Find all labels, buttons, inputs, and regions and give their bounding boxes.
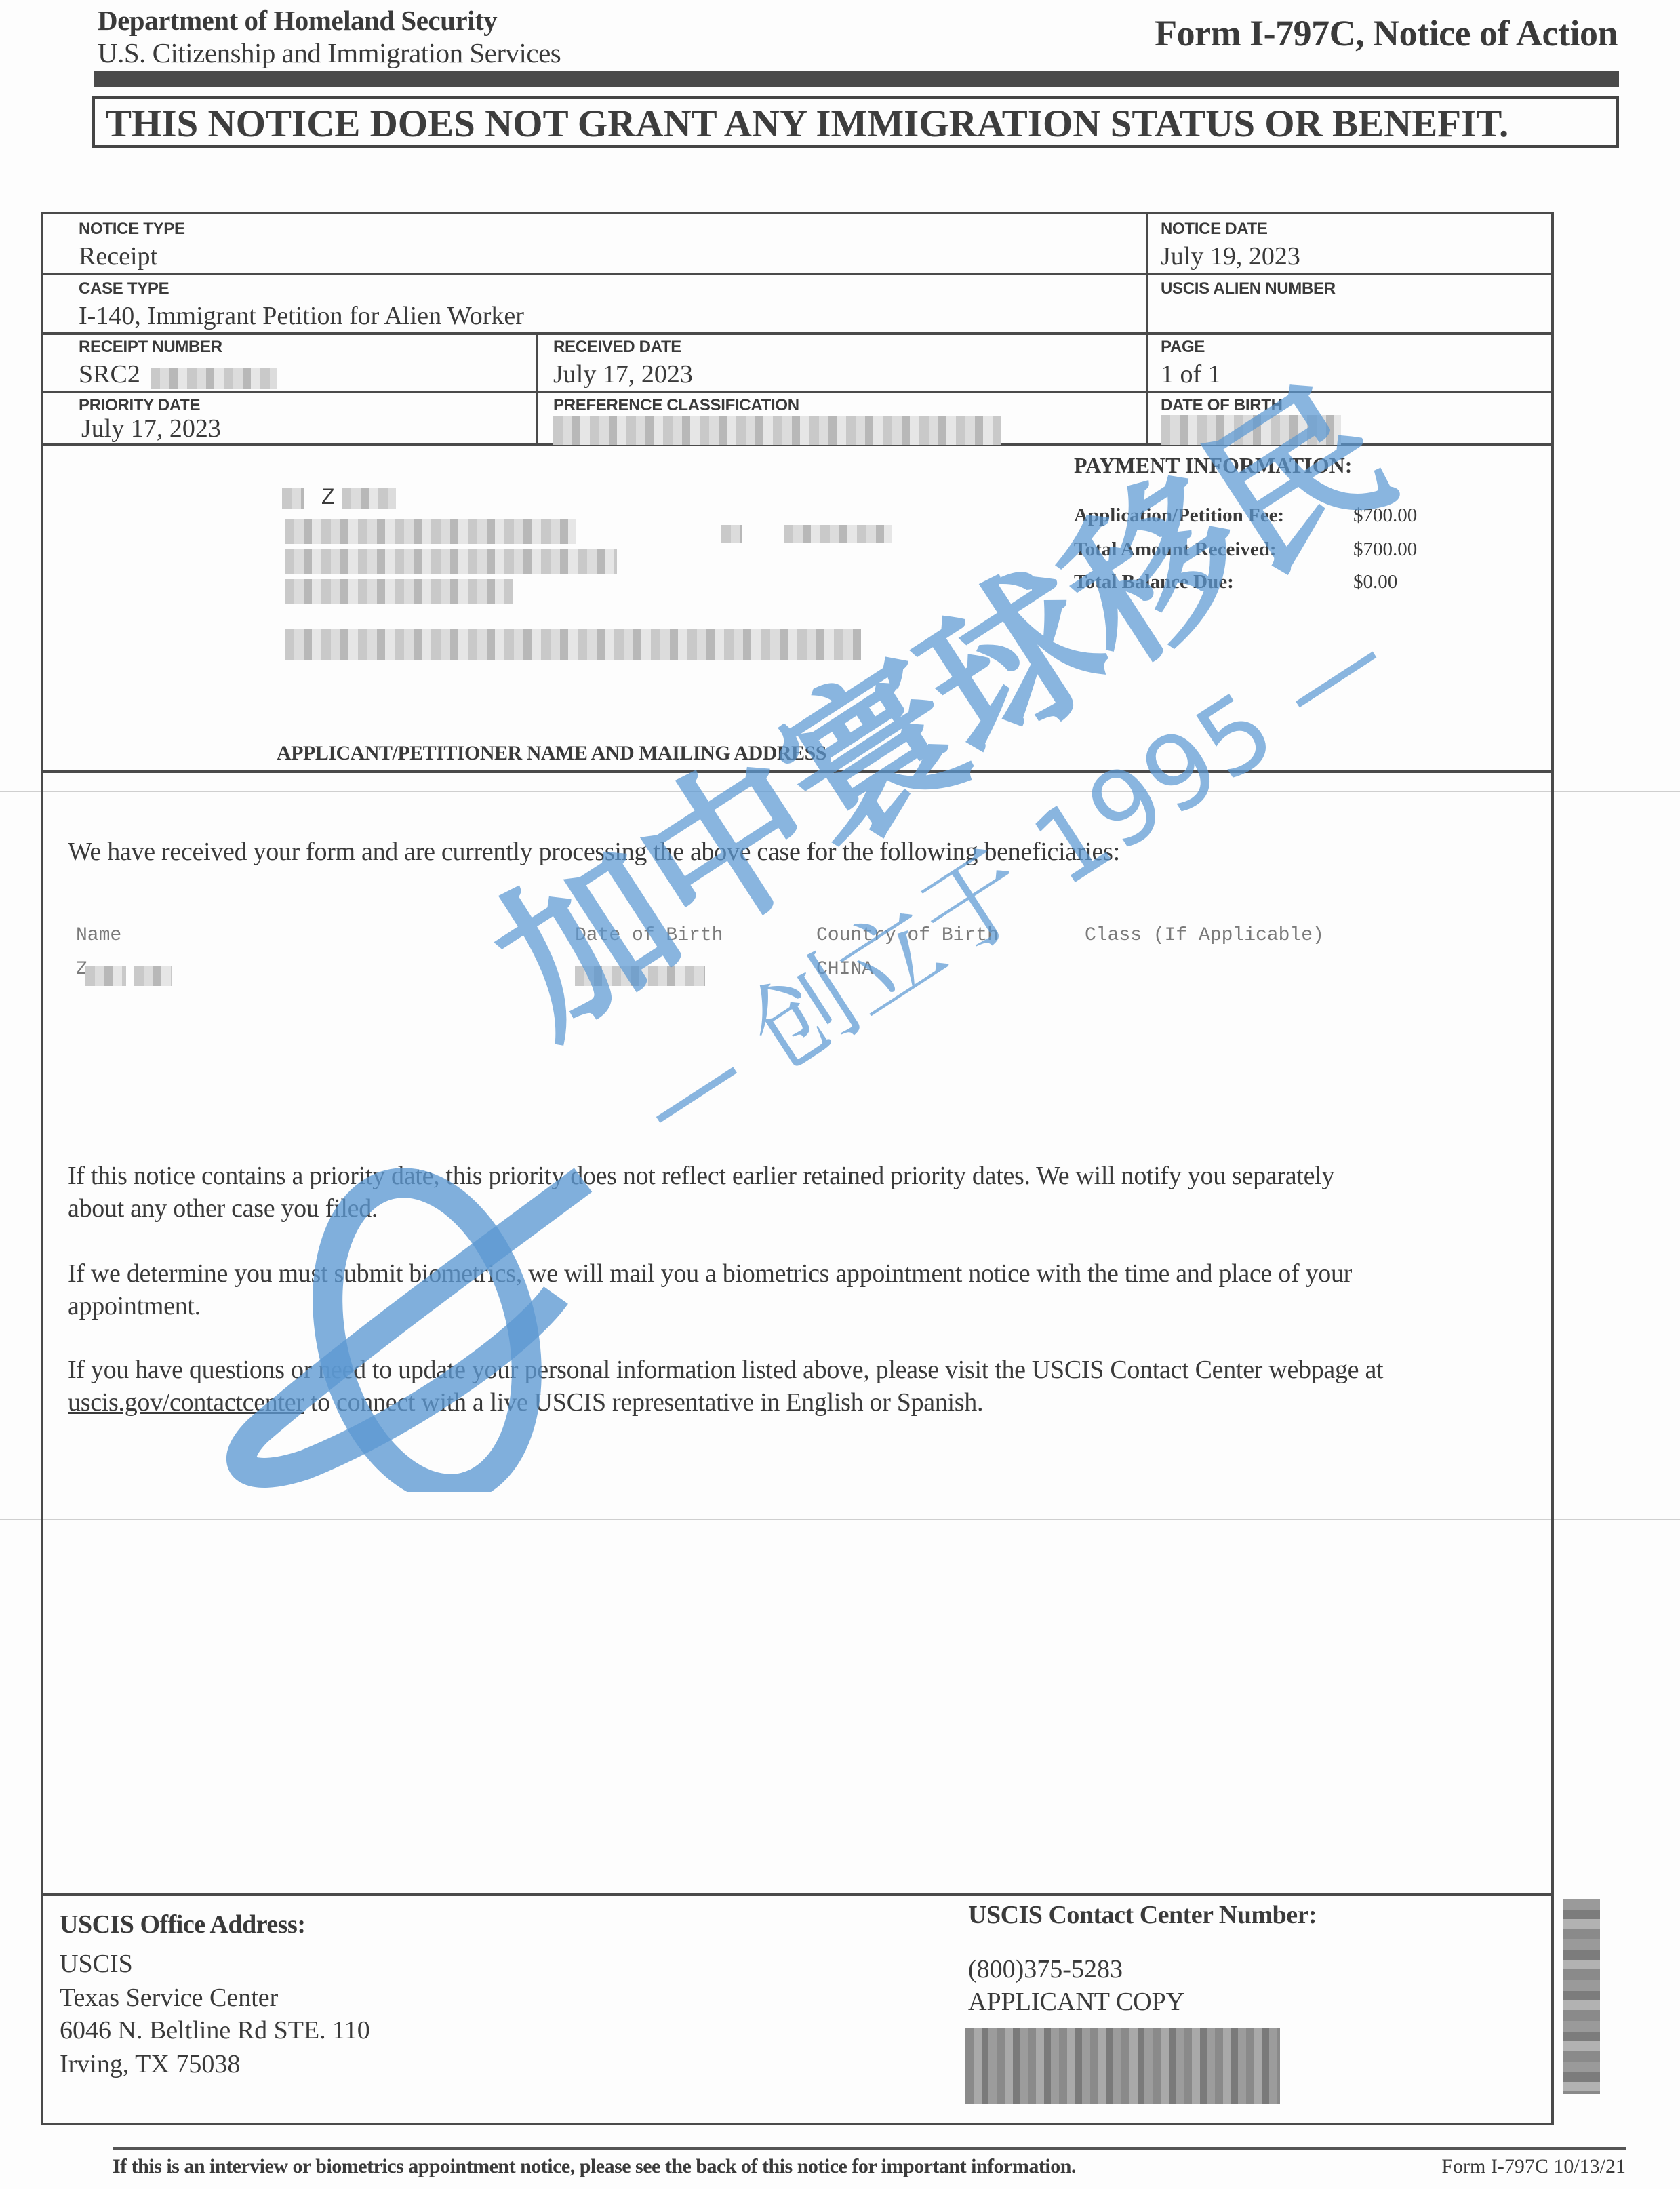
preference-classification-label: PREFERENCE CLASSIFICATION [553, 396, 799, 415]
header-rule [94, 71, 1619, 87]
payment-received-label: Total Amount Received: [1074, 538, 1277, 561]
payment-balance-label: Total Balance Due: [1074, 571, 1234, 593]
notice-form: NOTICE TYPE Receipt NOTICE DATE July 19,… [41, 212, 1554, 2125]
warning-text: THIS NOTICE DOES NOT GRANT ANY IMMIGRATI… [106, 102, 1508, 146]
redacted-address-line [285, 549, 617, 574]
redacted-beneficiary-dob [575, 966, 705, 986]
notice-type-label: NOTICE TYPE [79, 220, 185, 239]
form-title: Form I-797C, Notice of Action [1155, 12, 1618, 54]
form-edition: Form I-797C 10/13/21 [1441, 2155, 1626, 2178]
grid-rule-vertical [1146, 214, 1148, 445]
office-address-heading: USCIS Office Address: [60, 1910, 306, 1939]
priority-date-label: PRIORITY DATE [79, 396, 200, 415]
footer-rule [113, 2147, 1626, 2150]
applicant-name-initial: Z [321, 484, 335, 509]
agency-name: U.S. Citizenship and Immigration Service… [98, 37, 561, 69]
applicant-copy-label: APPLICANT COPY [968, 1987, 1184, 2017]
receipt-number-value: SRC2 [79, 359, 140, 389]
redacted-address-fragment [784, 525, 892, 543]
office-line-4: Irving, TX 75038 [60, 2049, 240, 2079]
contact-center-phone: (800)375-5283 [968, 1954, 1123, 1984]
payment-received-value: $700.00 [1353, 538, 1417, 561]
priority-note-line1: If this notice contains a priority date,… [68, 1161, 1334, 1191]
biometrics-note-line1: If we determine you must submit biometri… [68, 1259, 1352, 1288]
redacted-address-fragment [721, 525, 742, 543]
case-type-value: I-140, Immigrant Petition for Alien Work… [79, 301, 524, 331]
redacted-address-line [285, 579, 513, 604]
grid-rule [43, 273, 1554, 275]
page-label: PAGE [1161, 338, 1205, 357]
beneficiary-col-name: Name [76, 925, 121, 946]
redacted-applicant-name [282, 488, 304, 509]
redacted-applicant-name [342, 488, 396, 509]
redacted-side-barcode [1563, 1899, 1600, 2094]
redacted-address-line [285, 519, 576, 544]
received-date-label: RECEIVED DATE [553, 338, 681, 357]
notice-type-value: Receipt [79, 241, 157, 271]
case-type-label: CASE TYPE [79, 279, 169, 298]
redacted-barcode [965, 2028, 1280, 2104]
redacted-beneficiary-name [85, 966, 126, 986]
notice-date-value: July 19, 2023 [1161, 241, 1300, 271]
payment-fee-value: $700.00 [1353, 505, 1417, 527]
redacted-barcode-line [285, 629, 861, 660]
payment-heading: PAYMENT INFORMATION: [1074, 453, 1352, 478]
page-value: 1 of 1 [1161, 359, 1221, 389]
beneficiary-col-dob: Date of Birth [575, 925, 723, 946]
beneficiary-col-class: Class (If Applicable) [1085, 925, 1324, 946]
grid-rule [43, 332, 1554, 335]
beneficiary-col-country: Country of Birth [816, 925, 999, 946]
intro-text: We have received your form and are curre… [68, 837, 1120, 867]
redacted-date-of-birth [1161, 415, 1341, 445]
receipt-number-label: RECEIPT NUMBER [79, 338, 222, 357]
received-date-value: July 17, 2023 [553, 359, 693, 389]
redacted-receipt-digits [151, 368, 277, 389]
alien-number-label: USCIS ALIEN NUMBER [1161, 279, 1336, 298]
applicant-address-caption: APPLICANT/PETITIONER NAME AND MAILING AD… [277, 742, 826, 765]
address-section-rule [43, 770, 1554, 773]
department-name: Department of Homeland Security [98, 4, 497, 37]
office-line-1: USCIS [60, 1949, 133, 1979]
redacted-beneficiary-name [134, 966, 172, 986]
grid-rule-vertical [536, 332, 538, 445]
contact-center-link[interactable]: uscis.gov/contactcenter [68, 1388, 304, 1417]
payment-balance-value: $0.00 [1353, 571, 1397, 593]
contact-note-rest: to connect with a live USCIS representat… [304, 1388, 984, 1417]
footer-section-rule [43, 1893, 1554, 1896]
biometrics-note-line2: appointment. [68, 1291, 201, 1321]
office-line-3: 6046 N. Beltline Rd STE. 110 [60, 2015, 370, 2045]
beneficiary-country: CHINA [816, 959, 873, 980]
payment-fee-label: Application/Petition Fee: [1074, 505, 1284, 527]
contact-note-line1: If you have questions or need to update … [68, 1355, 1383, 1385]
priority-date-value: July 17, 2023 [81, 414, 221, 443]
notice-date-label: NOTICE DATE [1161, 220, 1268, 239]
redacted-preference-classification [553, 416, 1001, 445]
priority-note-line2: about any other case you filed. [68, 1194, 378, 1223]
office-line-2: Texas Service Center [60, 1983, 278, 2013]
date-of-birth-label: DATE OF BIRTH [1161, 396, 1283, 415]
grid-rule [43, 391, 1554, 393]
warning-banner: THIS NOTICE DOES NOT GRANT ANY IMMIGRATI… [92, 96, 1619, 148]
contact-note-line2: uscis.gov/contactcenter to connect with … [68, 1387, 983, 1417]
footer-note: If this is an interview or biometrics ap… [113, 2155, 1076, 2178]
contact-center-heading: USCIS Contact Center Number: [968, 1900, 1317, 1930]
